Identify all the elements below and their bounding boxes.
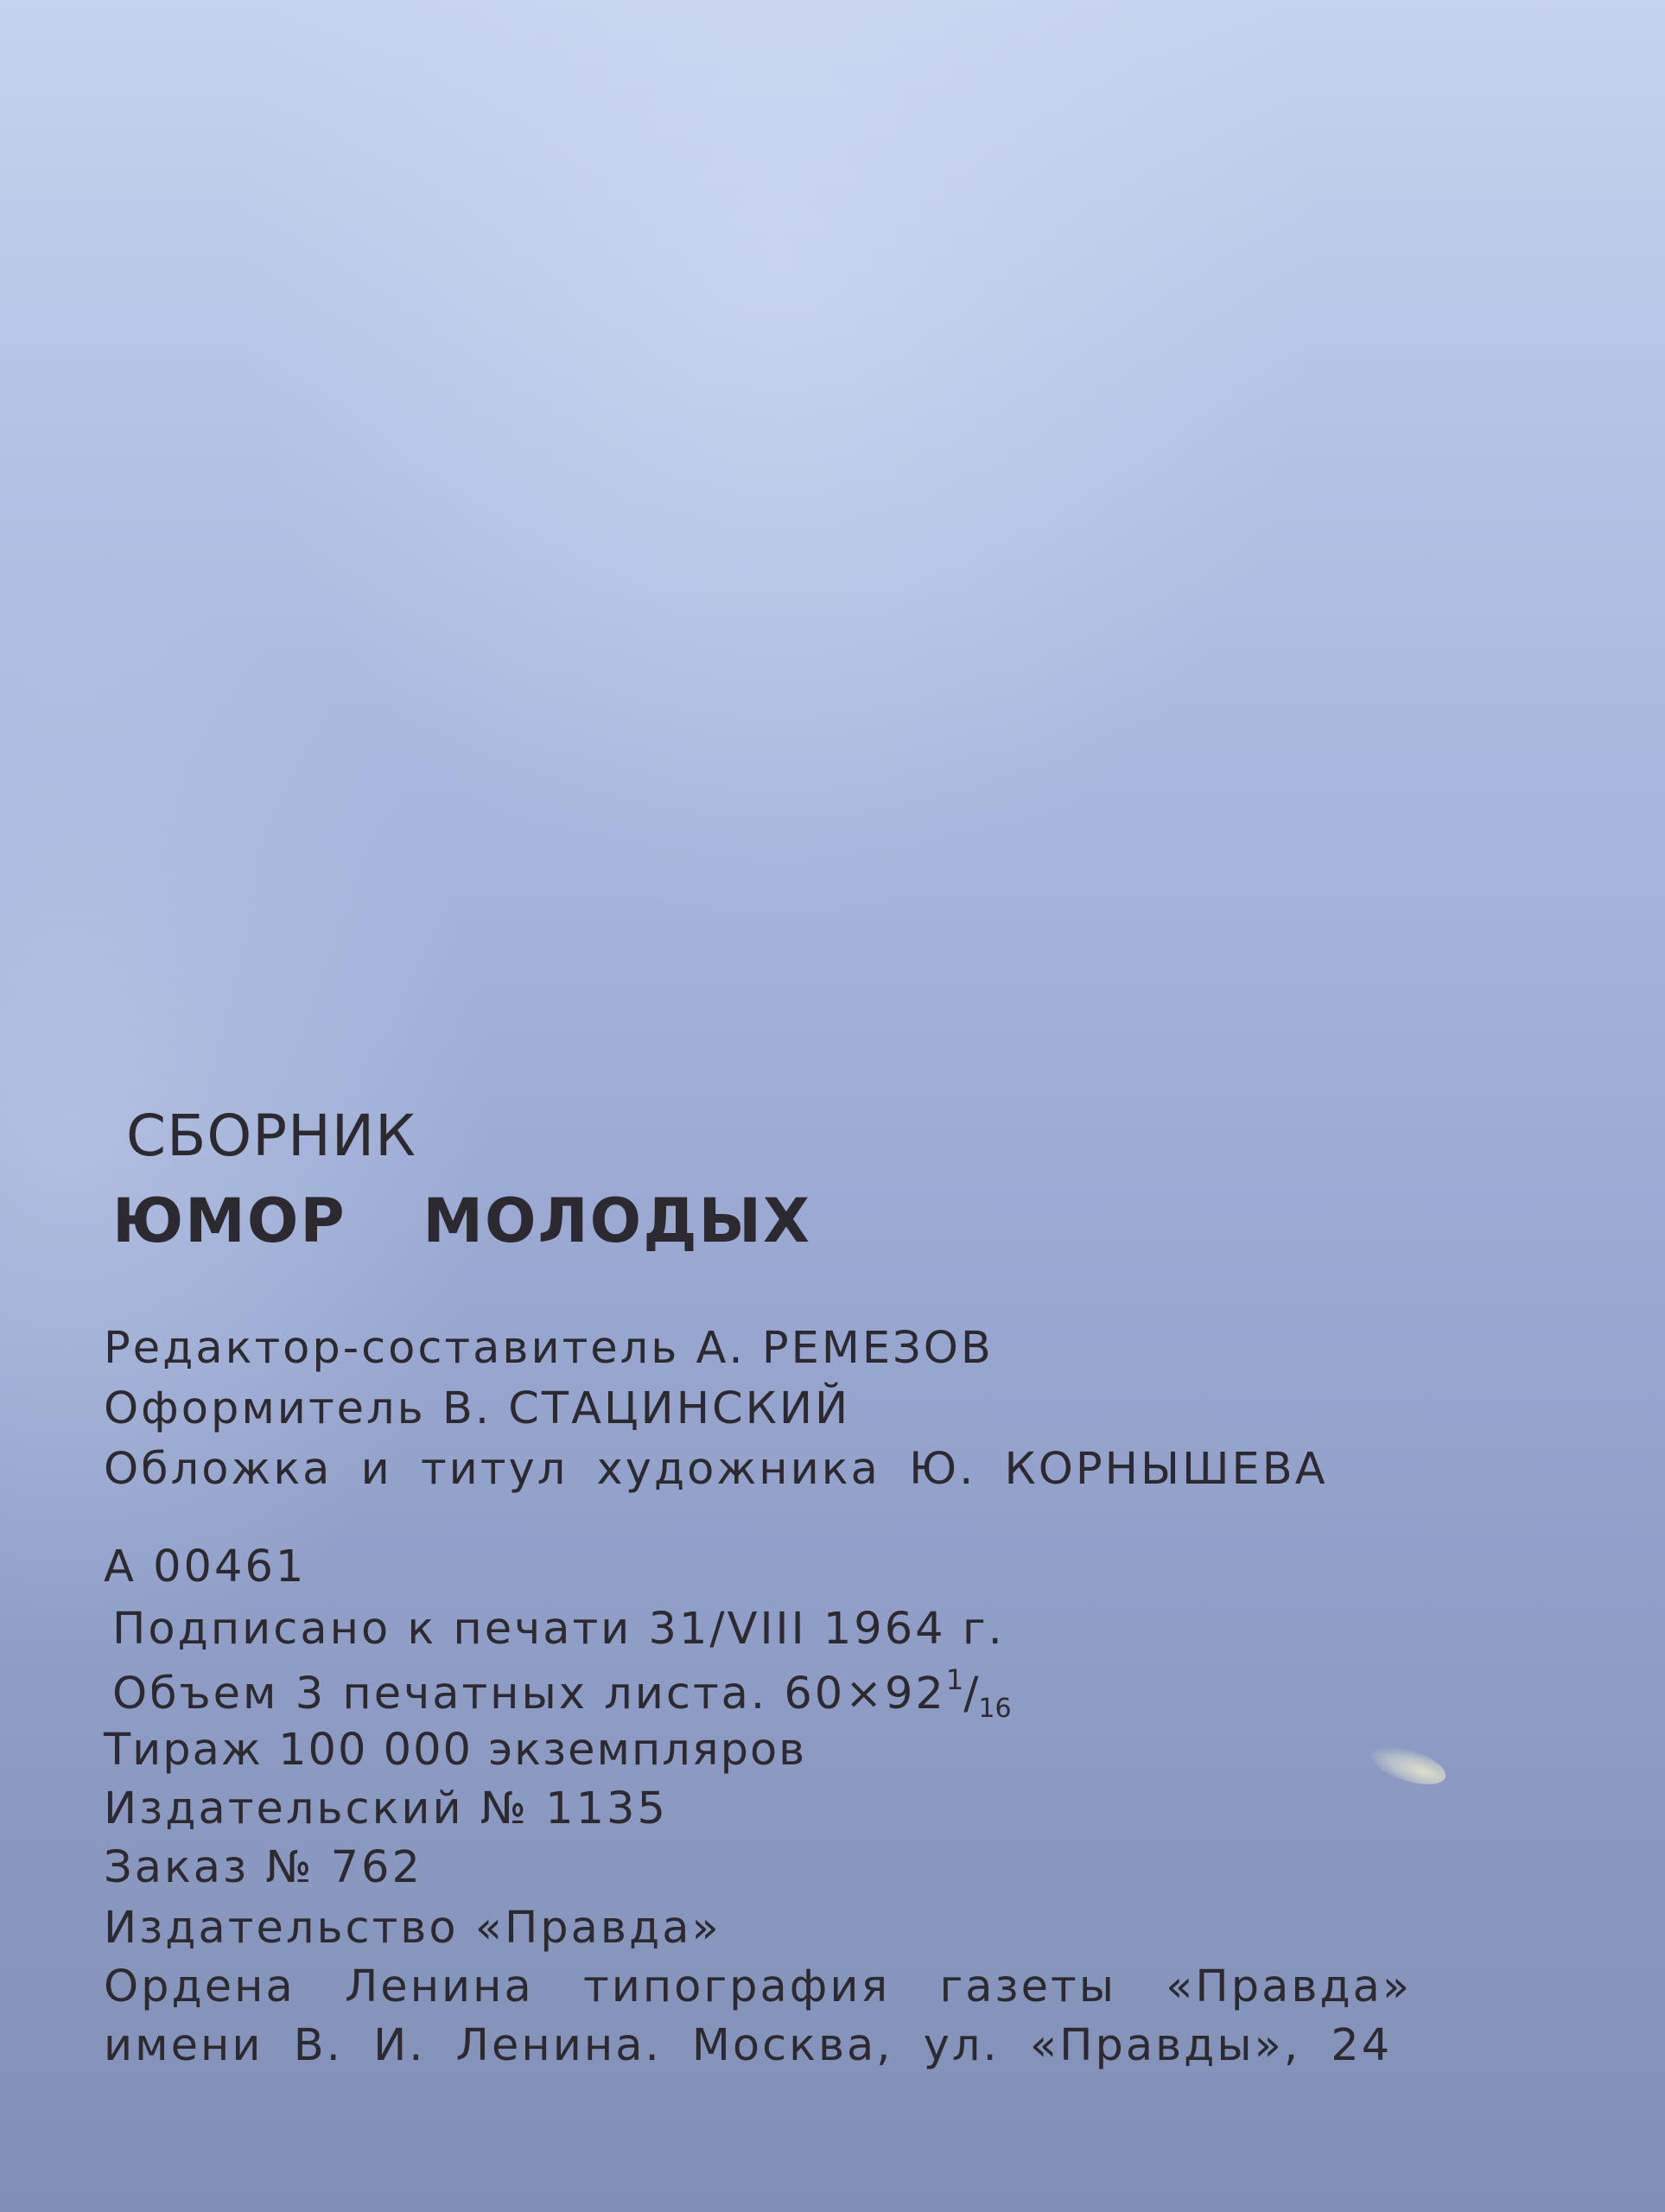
signed-for-print: Подписано к печати 31/VIII 1964 г. (112, 1607, 1005, 1651)
publisher-name: Издательство «Правда» (104, 1906, 721, 1950)
credit-editor: Редактор-составитель А. РЕМЕЗОВ (104, 1326, 994, 1370)
order-number: Заказ № 762 (104, 1846, 423, 1890)
paper-format-fraction: 1/16 (946, 1669, 1012, 1719)
fraction-denominator: 16 (978, 1694, 1011, 1724)
imprint-code: А 00461 (104, 1545, 306, 1589)
book-colophon-page: СБОРНИК ЮМОР МОЛОДЫХ Редактор-составител… (0, 0, 1665, 2212)
fraction-slash: / (963, 1669, 978, 1719)
credit-cover-artist: Обложка и титул художника Ю. КОРНЫШЕВА (104, 1447, 1328, 1491)
printing-house-line-1: Ордена Ленина типография газеты «Правда» (104, 1965, 1412, 2009)
volume-line: Объем 3 печатных листа. 60×921/16 (112, 1666, 1012, 1722)
fraction-numerator: 1 (946, 1663, 963, 1696)
printing-house-line-2: имени В. И. Ленина. Москва, ул. «Правды»… (104, 2024, 1392, 2068)
collection-label: СБОРНИК (126, 1108, 416, 1165)
volume-text: Объем 3 печатных листа. 60×92 (112, 1669, 946, 1719)
paper-scuff-mark (1367, 1738, 1451, 1792)
credit-designer: Оформитель В. СТАЦИНСКИЙ (104, 1387, 850, 1431)
publisher-number: Издательский № 1135 (104, 1787, 668, 1831)
print-run: Тираж 100 000 экземпляров (104, 1728, 806, 1772)
book-title: ЮМОР МОЛОДЫХ (112, 1191, 811, 1251)
